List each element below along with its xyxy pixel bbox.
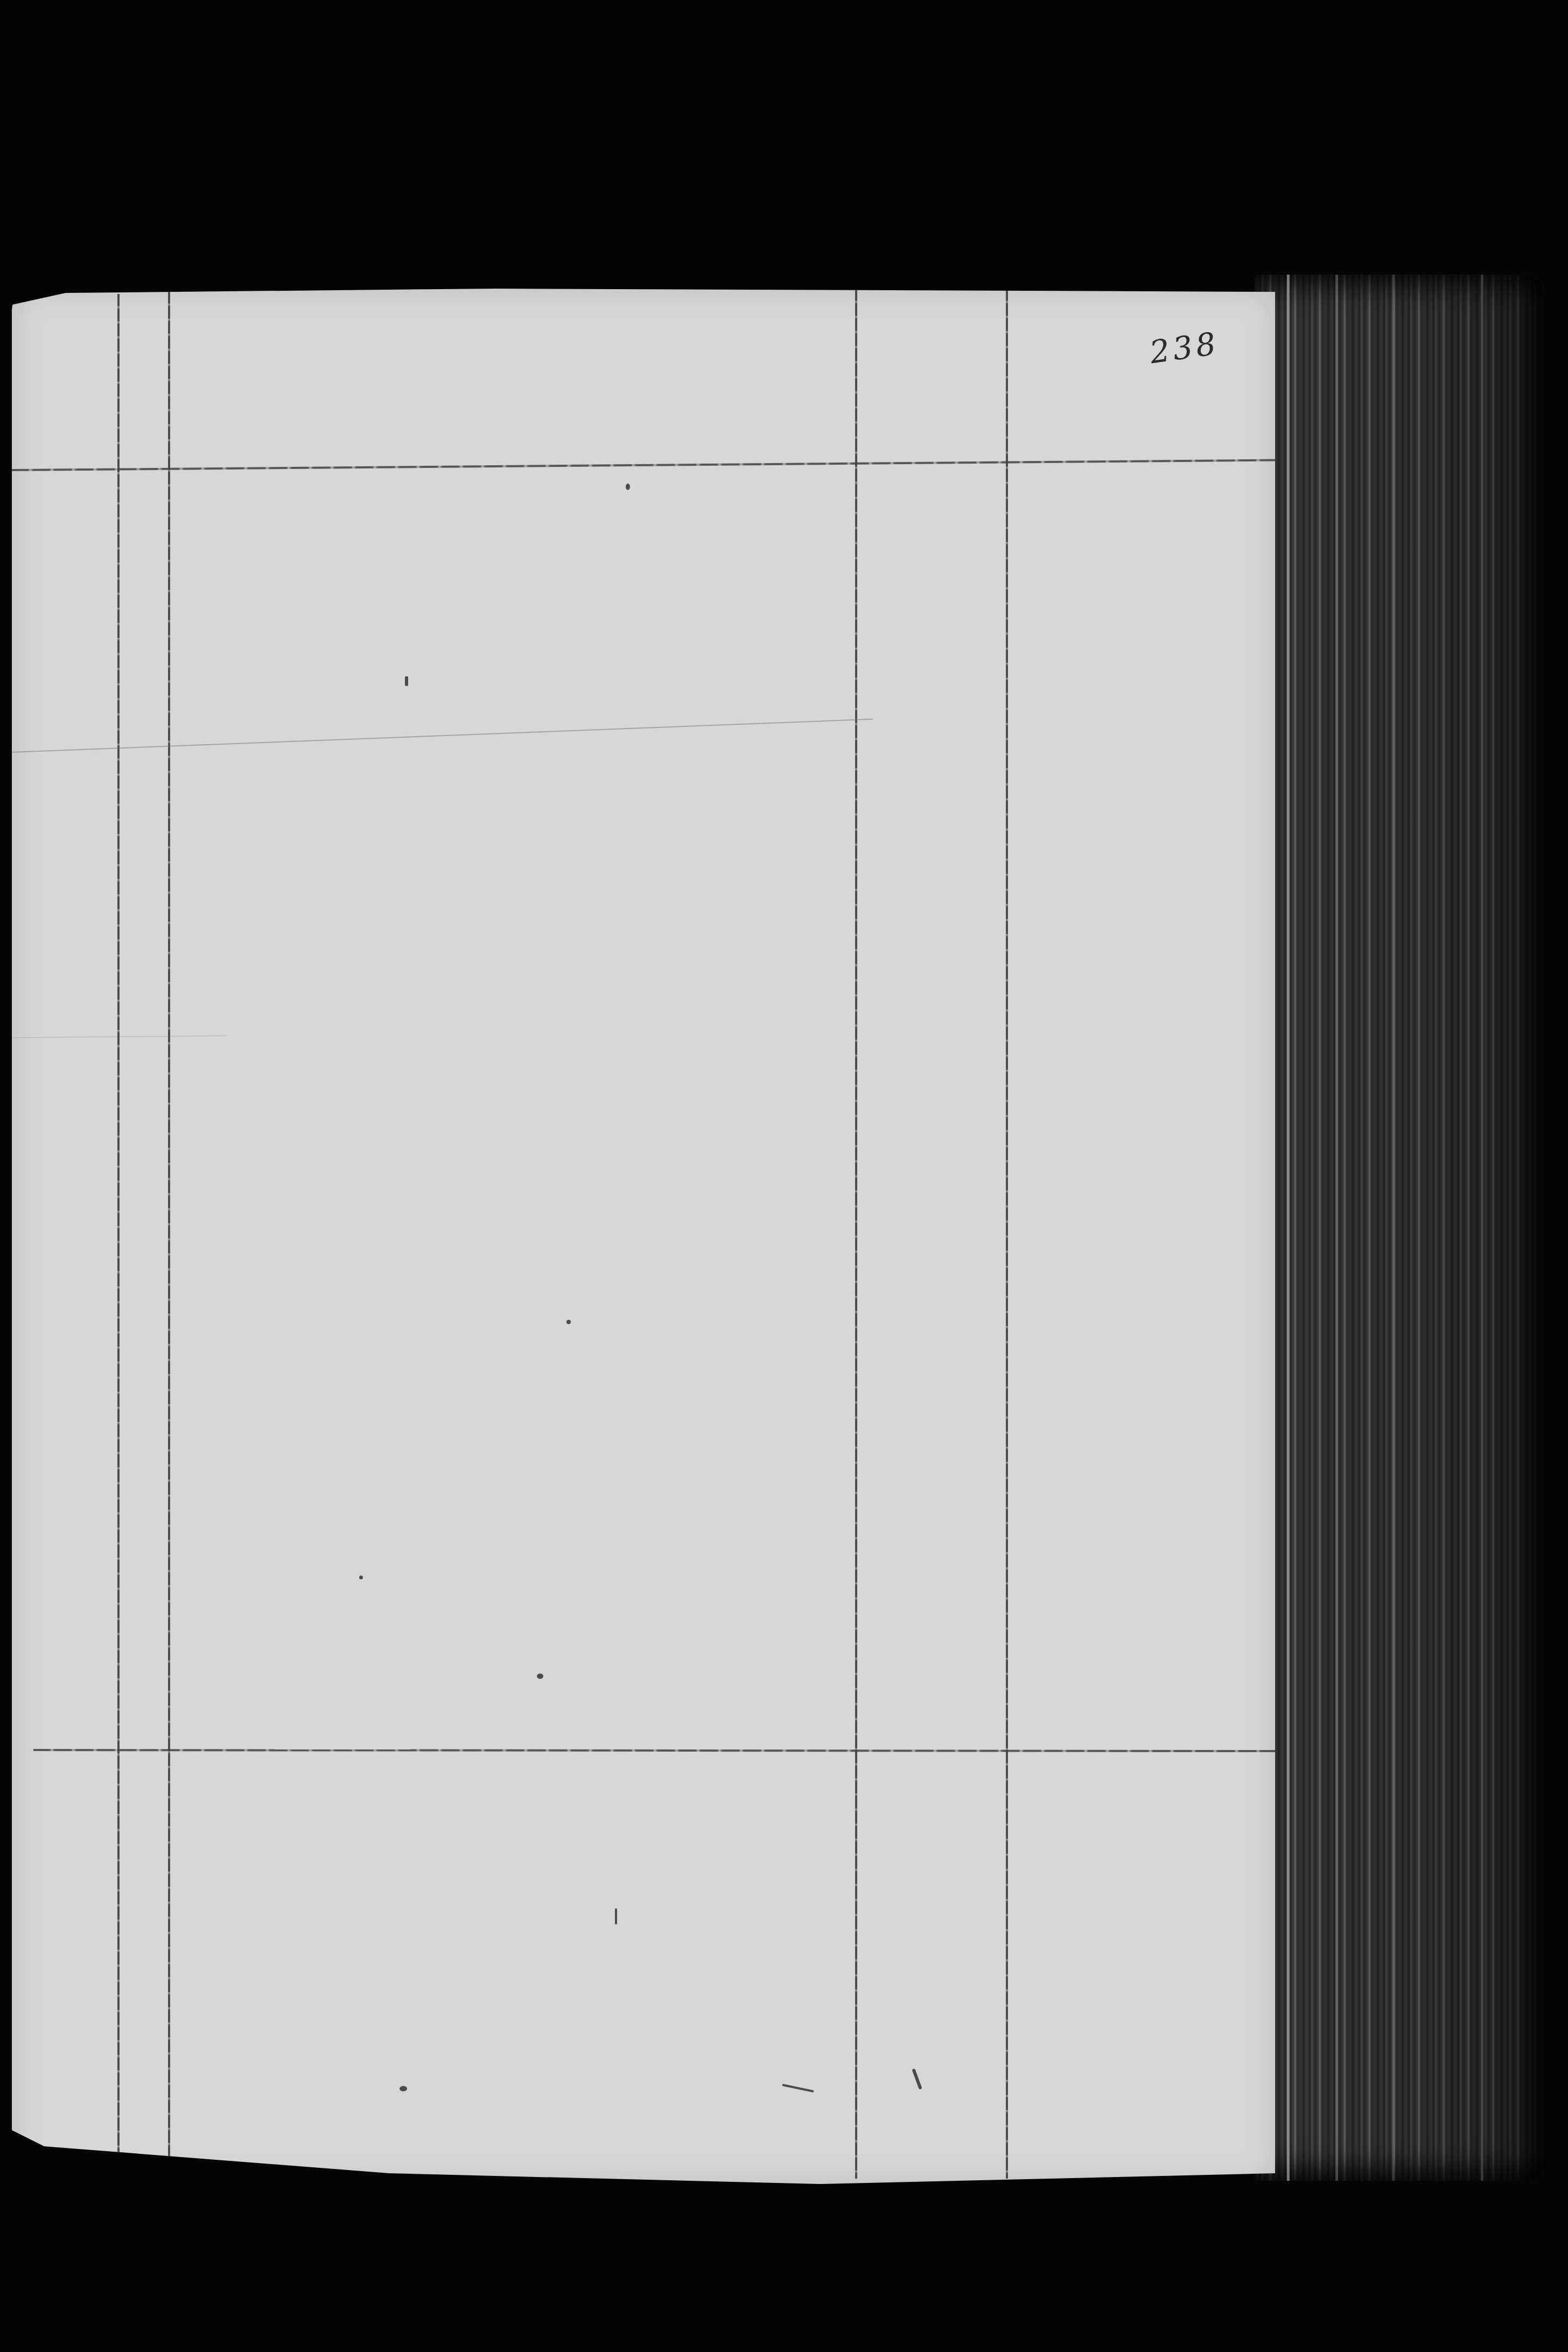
ink-speck	[615, 1908, 617, 1924]
column-rule-1	[117, 294, 120, 2168]
header-rule	[12, 459, 1275, 471]
ink-stroke	[912, 2068, 922, 2090]
ink-speck	[537, 1674, 543, 1679]
page-edge-highlight	[1392, 275, 1395, 2181]
column-rule-3	[855, 289, 857, 2179]
scan-background: 238	[0, 0, 1568, 2352]
ink-speck	[405, 676, 408, 686]
page-edge-highlight	[1287, 275, 1290, 2181]
ink-speck	[626, 484, 630, 490]
book-fore-edge	[1255, 275, 1545, 2181]
ink-speck	[566, 1320, 571, 1324]
footer-rule	[33, 1749, 1275, 1752]
ink-speck	[359, 1576, 363, 1579]
faint-crease-line	[12, 719, 873, 753]
ink-speck	[400, 2086, 407, 2091]
column-rule-4	[1006, 289, 1008, 2179]
ledger-page	[12, 289, 1275, 2184]
page-edge-highlight	[1335, 275, 1338, 2181]
column-rule-2	[168, 291, 170, 2171]
ink-stroke	[782, 2084, 814, 2092]
page-edge-highlight	[1481, 275, 1483, 2181]
